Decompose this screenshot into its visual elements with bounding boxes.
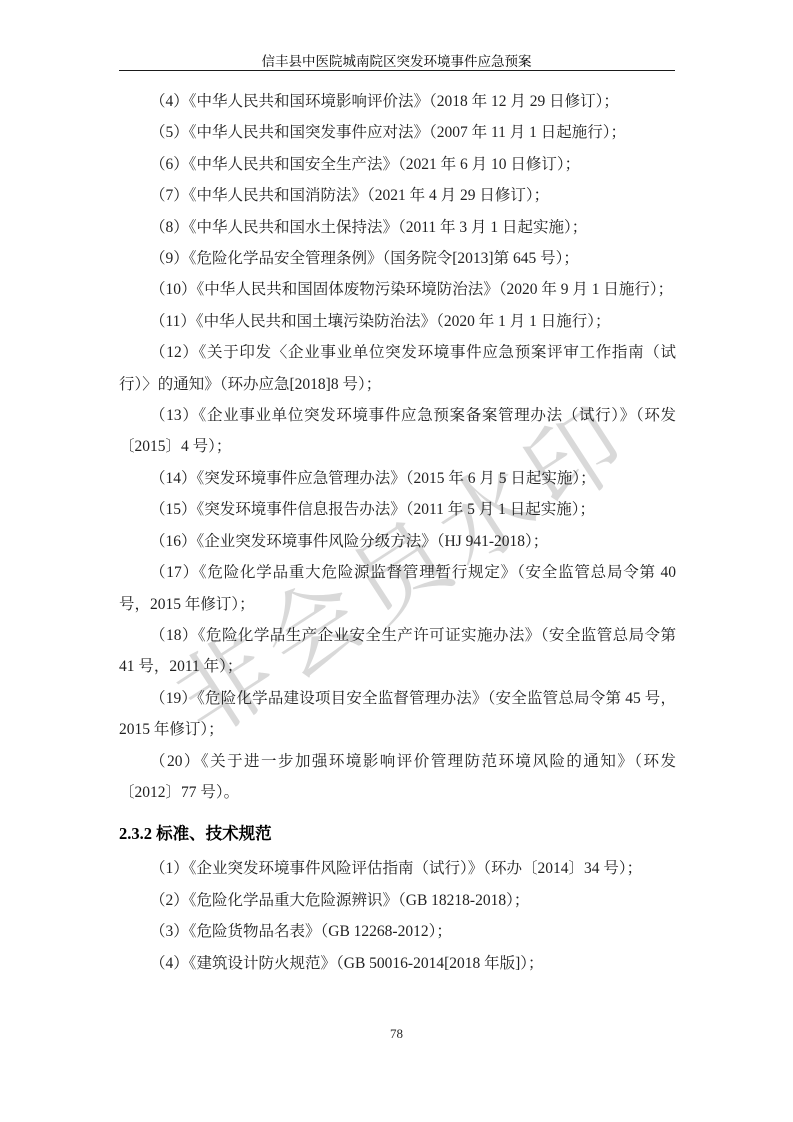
legal-item: （15）《突发环境事件信息报告办法》（2011 年 5 月 1 日起实施）； bbox=[119, 494, 676, 525]
legal-item: （7）《中华人民共和国消防法》（2021 年 4 月 29 日修订）； bbox=[119, 180, 676, 211]
legal-item: （11）《中华人民共和国土壤污染防治法》（2020 年 1 月 1 日施行）； bbox=[119, 306, 676, 337]
legal-item: （9）《危险化学品安全管理条例》（国务院令[2013]第 645 号）； bbox=[119, 243, 676, 274]
document-page: 非会员水印 信丰县中医院城南院区突发环境事件应急预案 （4）《中华人民共和国环境… bbox=[0, 0, 793, 1122]
standard-item: （3）《危险货物品名表》（GB 12268-2012）； bbox=[119, 916, 676, 947]
section-heading-2-3-2: 2.3.2 标准、技术规范 bbox=[119, 817, 676, 850]
legal-item: （5）《中华人民共和国突发事件应对法》（2007 年 11 月 1 日起施行）； bbox=[119, 117, 676, 148]
legal-item: （12）《关于印发〈企业事业单位突发环境事件应急预案评审工作指南（试行）〉的通知… bbox=[119, 337, 676, 400]
page-number: 78 bbox=[0, 1026, 793, 1042]
document-body: （4）《中华人民共和国环境影响评价法》（2018 年 12 月 29 日修订）；… bbox=[119, 86, 676, 979]
legal-item: （19）《危险化学品建设项目安全监督管理办法》（安全监管总局令第 45 号，20… bbox=[119, 683, 676, 746]
legal-item: （20）《关于进一步加强环境影响评价管理防范环境风险的通知》（环发〔2012〕7… bbox=[119, 746, 676, 809]
header-divider bbox=[119, 70, 675, 71]
legal-item: （13）《企业事业单位突发环境事件应急预案备案管理办法（试行）》（环发〔2015… bbox=[119, 400, 676, 463]
legal-item: （4）《中华人民共和国环境影响评价法》（2018 年 12 月 29 日修订）； bbox=[119, 86, 676, 117]
page-header-title: 信丰县中医院城南院区突发环境事件应急预案 bbox=[0, 50, 793, 70]
legal-item: （18）《危险化学品生产企业安全生产许可证实施办法》（安全监管总局令第 41 号… bbox=[119, 620, 676, 683]
legal-item: （14）《突发环境事件应急管理办法》（2015 年 6 月 5 日起实施）； bbox=[119, 463, 676, 494]
legal-item: （16）《企业突发环境事件风险分级方法》（HJ 941-2018）； bbox=[119, 526, 676, 557]
standard-item: （2）《危险化学品重大危险源辨识》（GB 18218-2018）； bbox=[119, 885, 676, 916]
legal-item: （8）《中华人民共和国水土保持法》（2011 年 3 月 1 日起实施）； bbox=[119, 212, 676, 243]
standard-item: （1）《企业突发环境事件风险评估指南（试行）》（环办〔2014〕34 号）； bbox=[119, 853, 676, 884]
legal-item: （10）《中华人民共和国固体废物污染环境防治法》（2020 年 9 月 1 日施… bbox=[119, 274, 676, 305]
standard-item: （4）《建筑设计防火规范》（GB 50016-2014[2018 年版]）； bbox=[119, 948, 676, 979]
legal-item: （17）《危险化学品重大危险源监督管理暂行规定》（安全监管总局令第 40 号，2… bbox=[119, 557, 676, 620]
legal-item: （6）《中华人民共和国安全生产法》（2021 年 6 月 10 日修订）； bbox=[119, 149, 676, 180]
